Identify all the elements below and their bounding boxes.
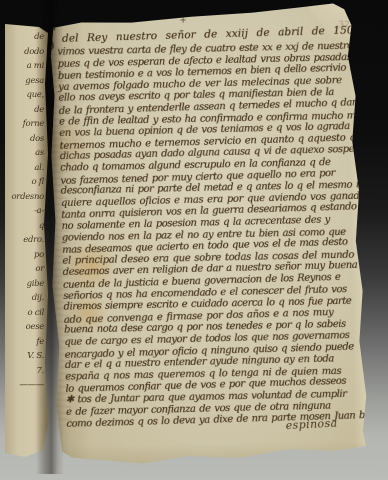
manuscript-page: + 32 ʃ del Rey nuestro señor de xxiij de…: [41, 1, 374, 472]
fragment-line: al.: [7, 161, 44, 176]
fragment-line: que,: [7, 88, 44, 103]
fragment-line: o cil: [7, 306, 44, 321]
heading-cross-mark: +: [179, 16, 187, 26]
fragment-line: or: [7, 262, 44, 277]
fragment-line: fe: [7, 335, 44, 350]
fragment-line: de: [7, 103, 44, 118]
previous-page-text: dedodoa migesaque,defornedosasal.o flord…: [7, 30, 44, 393]
manuscript-photo-scene: dedodoa migesaque,defornedosasal.o flord…: [0, 0, 388, 480]
previous-page-fragment: dedodoa migesaque,defornedosasal.o flord…: [5, 24, 48, 458]
fragment-line: as: [7, 146, 44, 161]
signature: espinosa: [285, 417, 337, 433]
fragment-line: -a-: [7, 204, 44, 219]
fragment-line: a mi: [7, 59, 44, 74]
fragment-line: ———: [7, 378, 44, 393]
fragment-line: edro.: [7, 233, 44, 248]
fragment-line: dos: [7, 132, 44, 147]
fragment-line: po: [7, 248, 44, 263]
fragment-line: de: [7, 30, 44, 45]
fragment-line: V. S.: [7, 349, 44, 364]
fragment-line: gesa: [7, 74, 44, 89]
fragment-line: gibe: [7, 277, 44, 292]
fragment-line: o fl: [7, 175, 44, 190]
fragment-line: forne: [7, 117, 44, 132]
fragment-line: 7.: [7, 364, 44, 379]
fragment-line: dij.: [7, 291, 44, 306]
fragment-line: ordesno: [7, 190, 44, 205]
manuscript-text-block: del Rey nuestro señor de xxiij de abril …: [57, 26, 369, 430]
fragment-line: q: [7, 219, 44, 234]
fragment-line: dodo: [7, 45, 44, 60]
fragment-line: oese: [7, 320, 44, 335]
